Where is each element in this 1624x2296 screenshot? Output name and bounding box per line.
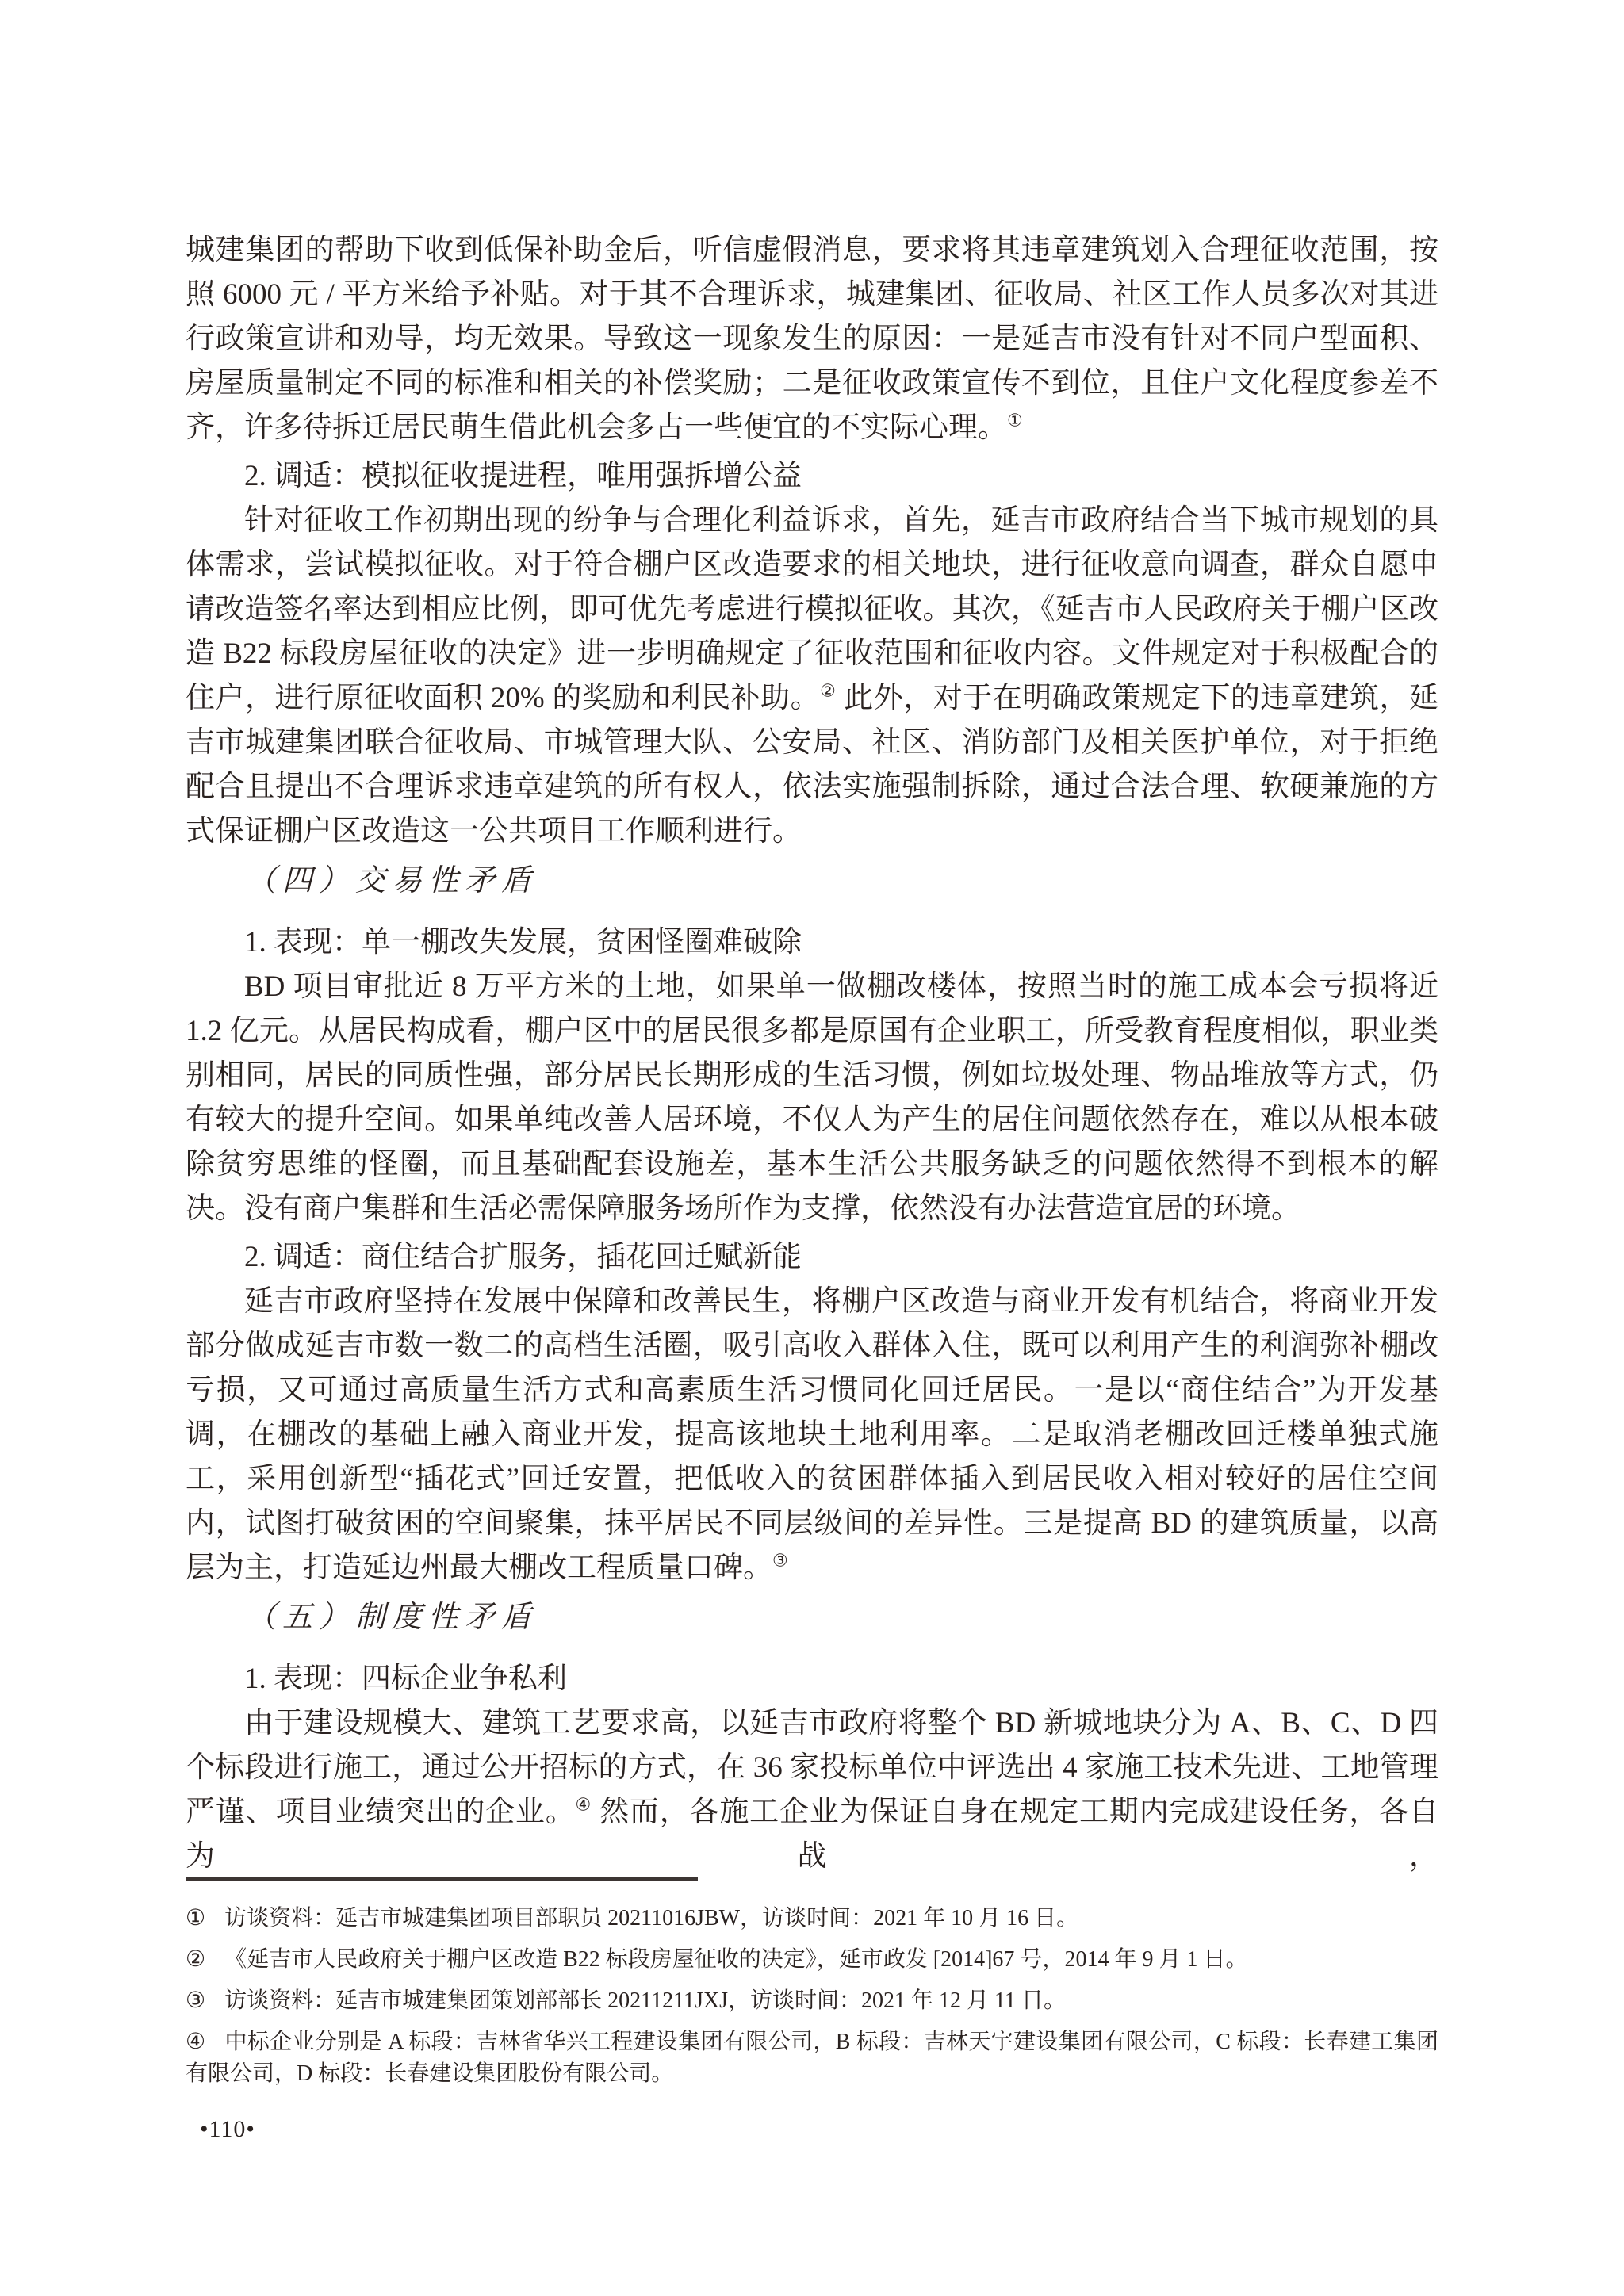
footnote: ①访谈资料：延吉市城建集团项目部职员 20211016JBW，访谈时间：2021… xyxy=(186,1903,1438,1934)
footnote-marker: ④ xyxy=(186,2030,205,2054)
footnote-text: 访谈资料：延吉市城建集团项目部职员 20211016JBW，访谈时间：2021 … xyxy=(224,1906,1078,1931)
footnote: ②《延吉市人民政府关于棚户区改造 B22 标段房屋征收的决定》，延市政发 [20… xyxy=(186,1944,1438,1976)
subsection-heading: 1. 表现：单一棚改失发展，贫困怪圈难破除 xyxy=(186,920,1438,965)
footnote-marker: ① xyxy=(186,1906,205,1931)
page-body: 城建集团的帮助下收到低保补助金后，听信虚假消息，要求将其违章建筑划入合理征收范围… xyxy=(186,228,1438,1879)
page-number: •110• xyxy=(200,2115,255,2144)
footnote: ④中标企业分别是 A 标段：吉林省华兴工程建设集团有限公司，B 标段：吉林天宇建… xyxy=(186,2026,1438,2090)
footnote-ref: ② xyxy=(820,681,836,701)
section-heading: （四）交易性矛盾 xyxy=(186,859,1438,903)
text-run: 1. 表现：单一棚改失发展，贫困怪圈难破除 xyxy=(244,926,802,959)
body-paragraph: 延吉市政府坚持在发展中保障和改善民生，将棚户区改造与商业开发有机结合，将商业开发… xyxy=(186,1280,1438,1590)
footnote-area: ①访谈资料：延吉市城建集团项目部职员 20211016JBW，访谈时间：2021… xyxy=(186,1877,1438,2099)
text-run: （五）制度性矛盾 xyxy=(246,1601,538,1634)
footnote-ref: ① xyxy=(1007,411,1023,430)
body-paragraph: 城建集团的帮助下收到低保补助金后，听信虚假消息，要求将其违章建筑划入合理征收范围… xyxy=(186,228,1438,450)
subsection-heading: 2. 调适：模拟征收提进程，唯用强拆增公益 xyxy=(186,454,1438,499)
footnote-ref: ③ xyxy=(772,1551,788,1571)
footnote-ref: ④ xyxy=(576,1795,592,1815)
footnote-text: 访谈资料：延吉市城建集团策划部部长 20211211JXJ，访谈时间：2021 … xyxy=(224,1988,1066,2013)
text-run: 城建集团的帮助下收到低保补助金后，听信虚假消息，要求将其违章建筑划入合理征收范围… xyxy=(186,234,1438,444)
text-run: 2. 调适：商住结合扩服务，插花回迁赋新能 xyxy=(244,1241,802,1273)
footnote-separator xyxy=(186,1877,698,1881)
text-run: 1. 表现：四标企业争私利 xyxy=(244,1663,567,1695)
footnote-text: 《延吉市人民政府关于棚户区改造 B22 标段房屋征收的决定》，延市政发 [201… xyxy=(224,1947,1247,1972)
section-heading: （五）制度性矛盾 xyxy=(186,1595,1438,1640)
text-run: BD 项目审批近 8 万平方米的土地，如果单一做棚改楼体，按照当时的施工成本会亏… xyxy=(186,970,1438,1225)
footnote-marker: ② xyxy=(186,1947,205,1972)
footnote: ③访谈资料：延吉市城建集团策划部部长 20211211JXJ，访谈时间：2021… xyxy=(186,1985,1438,2017)
body-paragraph: 由于建设规模大、建筑工艺要求高，以延吉市政府将整个 BD 新城地块分为 A、B、… xyxy=(186,1701,1438,1879)
text-run: 2. 调适：模拟征收提进程，唯用强拆增公益 xyxy=(244,460,802,492)
body-paragraph: BD 项目审批近 8 万平方米的土地，如果单一做棚改楼体，按照当时的施工成本会亏… xyxy=(186,965,1438,1231)
body-paragraph: 针对征收工作初期出现的纷争与合理化利益诉求，首先，延吉市政府结合当下城市规划的具… xyxy=(186,499,1438,854)
text-run: 延吉市政府坚持在发展中保障和改善民生，将棚户区改造与商业开发有机结合，将商业开发… xyxy=(186,1285,1438,1584)
document-page: 城建集团的帮助下收到低保补助金后，听信虚假消息，要求将其违章建筑划入合理征收范围… xyxy=(0,0,1624,2296)
subsection-heading: 1. 表现：四标企业争私利 xyxy=(186,1657,1438,1701)
text-run: （四）交易性矛盾 xyxy=(246,864,538,897)
footnote-marker: ③ xyxy=(186,1988,205,2013)
footnote-text: 中标企业分别是 A 标段：吉林省华兴工程建设集团有限公司，B 标段：吉林天宇建设… xyxy=(186,2030,1438,2086)
subsection-heading: 2. 调适：商住结合扩服务，插花回迁赋新能 xyxy=(186,1235,1438,1280)
footnote-list: ①访谈资料：延吉市城建集团项目部职员 20211016JBW，访谈时间：2021… xyxy=(186,1903,1438,2090)
